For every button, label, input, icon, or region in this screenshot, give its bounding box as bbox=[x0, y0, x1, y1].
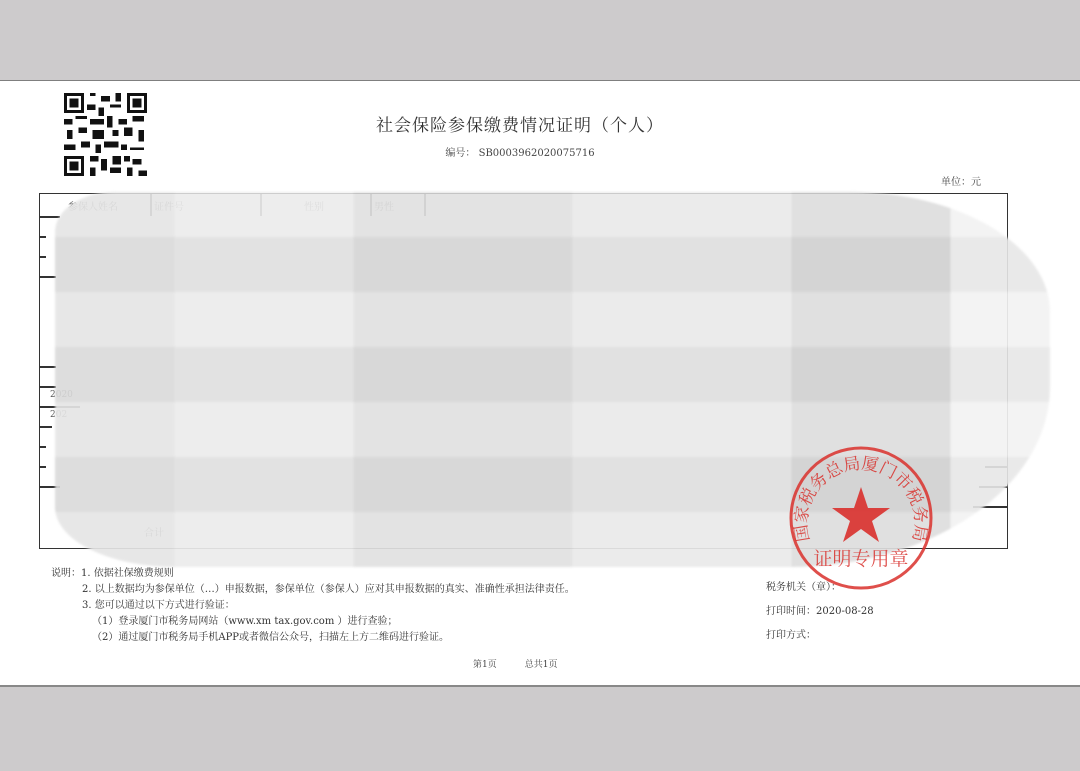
serial-label: 编号： bbox=[445, 148, 475, 159]
row-divider bbox=[40, 446, 46, 448]
official-seal-stamp: 国家税务总局厦门市税务局 证明专用章 bbox=[788, 445, 934, 591]
current-page: 第1页 bbox=[473, 660, 497, 670]
row-divider bbox=[40, 466, 46, 468]
page-indicator: 第1页总共1页 bbox=[473, 657, 557, 670]
viewer-top-bar bbox=[0, 0, 1080, 81]
row-divider bbox=[40, 256, 46, 258]
print-time-value: 2020-08-28 bbox=[816, 606, 874, 617]
notes-prefix: 说明： bbox=[51, 568, 81, 579]
stamp-center-text: 证明专用章 bbox=[813, 548, 908, 570]
note-2: 2. 以上数据均为参保单位（…）申报数据，参保单位（参保人）应对其申报数据的真实… bbox=[51, 582, 575, 598]
row-divider bbox=[40, 276, 56, 278]
notes-section: 说明：1. 依据社保缴费规则 2. 以上数据均为参保单位（…）申报数据，参保单位… bbox=[51, 566, 575, 646]
print-time: 打印时间：2020-08-28 bbox=[766, 600, 874, 624]
row-divider bbox=[40, 426, 52, 428]
note-1: 1. 依据社保缴费规则 bbox=[81, 568, 174, 579]
row-divider bbox=[40, 216, 60, 218]
row-divider bbox=[40, 386, 56, 388]
note-3: 3. 您可以通过以下方式进行验证： bbox=[51, 598, 575, 614]
star-icon bbox=[832, 487, 890, 542]
total-pages: 总共1页 bbox=[525, 660, 558, 670]
serial-number: 编号： SB0003962020075716 bbox=[0, 144, 1040, 159]
document-title: 社会保险参保缴费情况证明（个人） bbox=[0, 111, 1040, 136]
currency-unit: 单位：元 bbox=[941, 173, 981, 188]
viewer-bottom-bar bbox=[0, 685, 1080, 771]
note-line: 说明：1. 依据社保缴费规则 bbox=[51, 566, 575, 582]
note-3-1: （1）登录厦门市税务局网站（www.xm tax.gov.com ）进行查验； bbox=[51, 614, 575, 630]
row-divider bbox=[40, 236, 46, 238]
print-method-label: 打印方式： bbox=[766, 624, 874, 648]
row-divider bbox=[40, 366, 56, 368]
serial-value: SB0003962020075716 bbox=[479, 148, 595, 159]
note-3-2: （2）通过厦门市税务局手机APP或者微信公众号，扫描左上方二维码进行验证。 bbox=[51, 630, 575, 646]
